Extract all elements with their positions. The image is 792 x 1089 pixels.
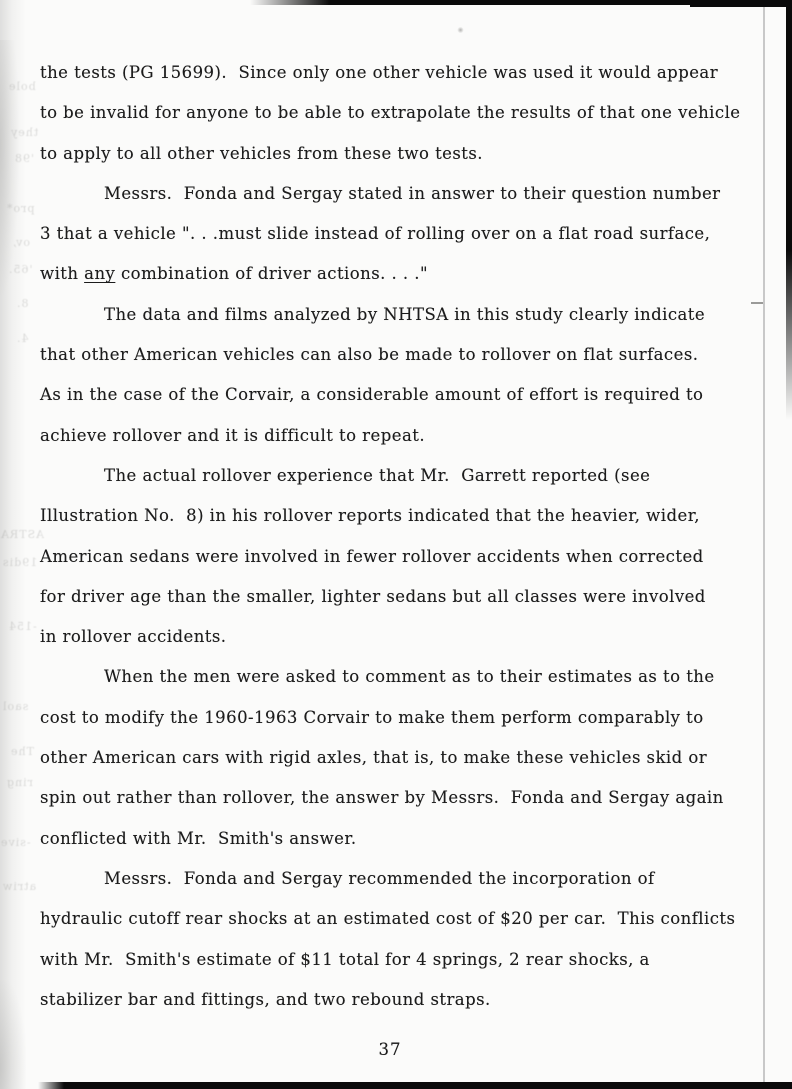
text-line: the tests (PG 15699). Since only one oth…	[40, 53, 766, 93]
bleed-fragment: The	[10, 745, 34, 758]
bleed-fragment: saol	[2, 700, 28, 713]
text-line: that other American vehicles can also be…	[40, 335, 766, 375]
bleed-fragment: 8.	[16, 297, 29, 310]
text-line: in rollover accidents.	[40, 617, 766, 657]
text-line: spin out rather than rollover, the answe…	[40, 778, 766, 818]
text-line: for driver age than the smaller, lighter…	[40, 577, 766, 617]
scan-blotch-top-left	[0, 40, 20, 300]
text-line: to be invalid for anyone to be able to e…	[40, 93, 766, 133]
text-line: with any combination of driver actions. …	[40, 254, 766, 294]
text-line: American sedans were involved in fewer r…	[40, 537, 766, 577]
bleed-fragment: ASTRA	[0, 528, 44, 541]
text-line: to apply to all other vehicles from thes…	[40, 134, 766, 174]
bleed-fragment: ring	[6, 776, 33, 789]
scan-bar-top-right	[690, 0, 792, 7]
bleed-fragment: 19dis	[2, 556, 37, 569]
text-line: other American cars with rigid axles, th…	[40, 738, 766, 778]
text-line: hydraulic cutoff rear shocks at an estim…	[40, 899, 766, 939]
bleed-fragment: 4.	[16, 332, 29, 345]
text-line: The actual rollover experience that Mr. …	[40, 456, 766, 496]
text-line: conflicted with Mr. Smith's answer.	[40, 819, 766, 859]
bleed-fragment: pro*	[6, 202, 34, 215]
page-number: 37	[0, 1040, 780, 1059]
scan-blotch-bottom-left	[0, 980, 26, 1089]
text-line: Messrs. Fonda and Sergay recommended the…	[40, 859, 766, 899]
text-line: stabilizer bar and fittings, and two reb…	[40, 980, 766, 1020]
scanned-document-page: bolethey'98pro*ov,'65.8.4.ASTRA19dis-154…	[0, 0, 792, 1089]
bleed-fragment: '65.	[8, 263, 33, 276]
text-line: cost to modify the 1960-1963 Corvair to …	[40, 698, 766, 738]
text-lines: the tests (PG 15699). Since only one oth…	[40, 53, 766, 1020]
bleed-fragment: -154	[8, 620, 37, 633]
bleed-fragment: '98	[14, 152, 34, 165]
scan-line-right	[763, 0, 765, 1089]
bleed-fragment: they	[10, 126, 38, 139]
text-line: Messrs. Fonda and Sergay stated in answe…	[40, 174, 766, 214]
scan-dash-right	[751, 302, 763, 304]
text-line: Illustration No. 8) in his rollover repo…	[40, 496, 766, 536]
text-line: As in the case of the Corvair, a conside…	[40, 375, 766, 415]
scan-bar-bottom	[38, 1082, 792, 1089]
text-line: 3 that a vehicle ". . .must slide instea…	[40, 214, 766, 254]
scan-speck	[457, 27, 464, 33]
text-line: achieve rollover and it is difficult to …	[40, 416, 766, 456]
bleed-fragment: atriw	[2, 880, 36, 893]
text-line: When the men were asked to comment as to…	[40, 657, 766, 697]
bleed-fragment: -sive	[0, 836, 31, 849]
text-line: The data and films analyzed by NHTSA in …	[40, 295, 766, 335]
scan-bar-right-corner	[786, 0, 792, 430]
text-line: with Mr. Smith's estimate of $11 total f…	[40, 940, 766, 980]
bleed-fragment: bole	[8, 80, 36, 93]
bleed-fragment: ov,	[12, 236, 30, 249]
